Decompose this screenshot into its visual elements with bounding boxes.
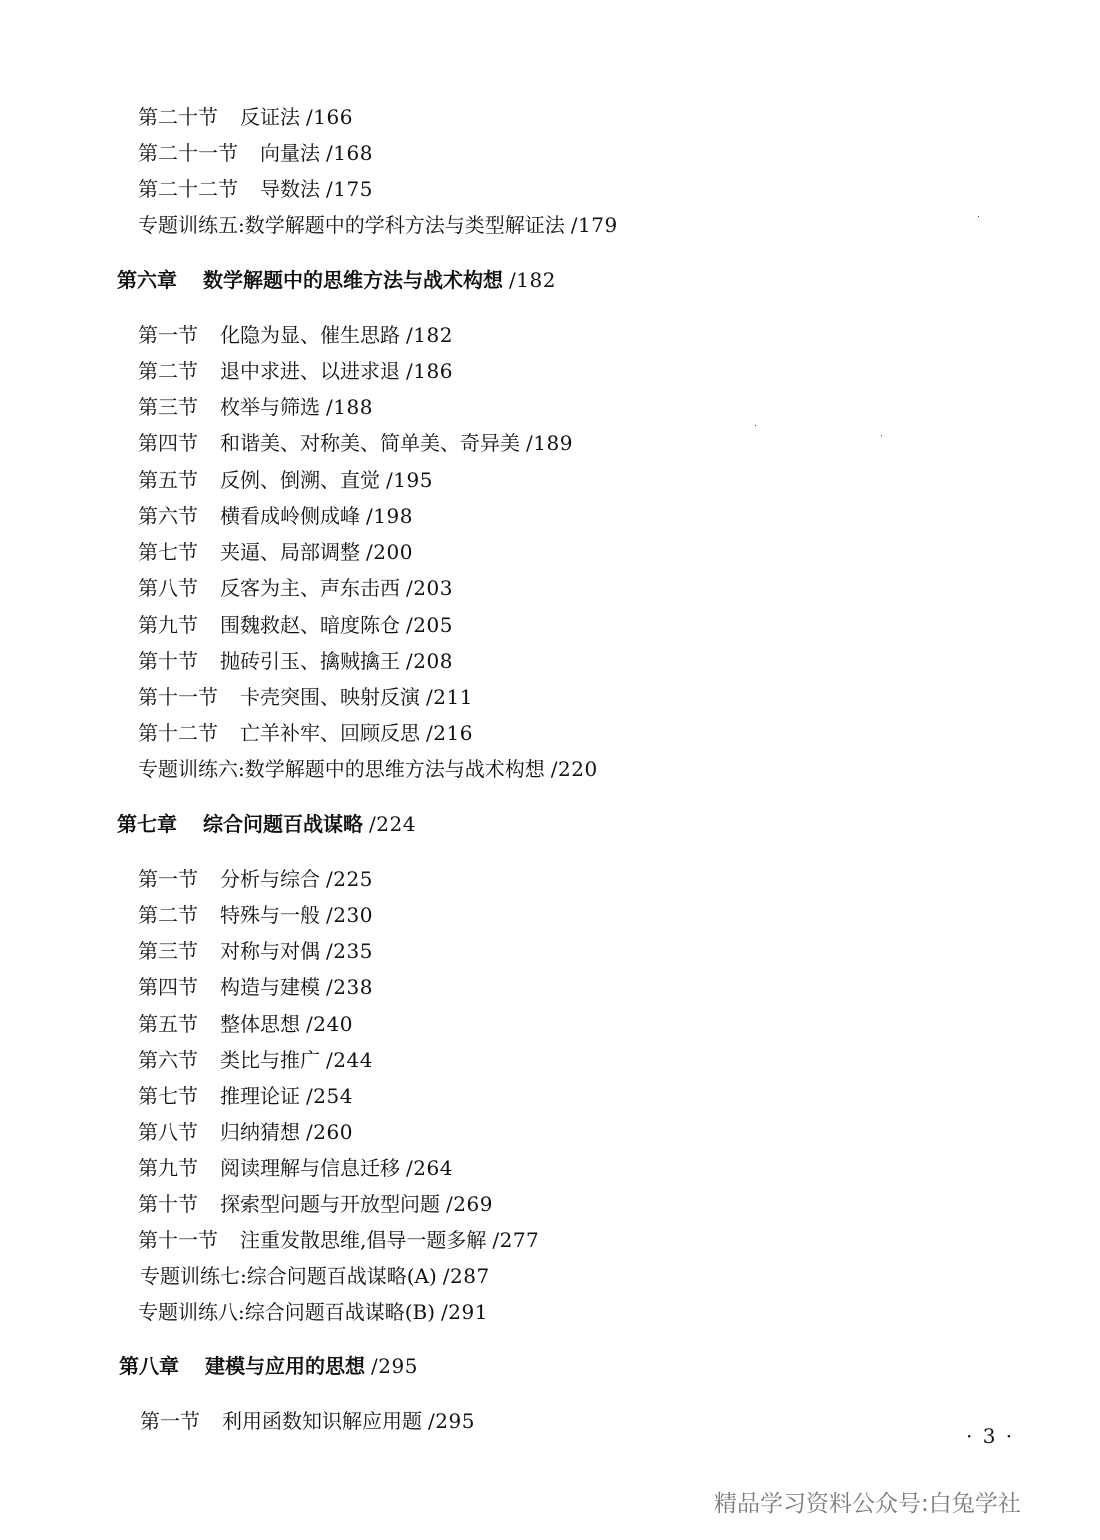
toc-section: 第三节枚举与筛选/188 xyxy=(138,395,373,419)
entry-title: 专题训练六:数学解题中的思维方法与战术构想 xyxy=(138,757,545,781)
section-label: 第四节 xyxy=(138,431,198,455)
entry-title: 探索型问题与开放型问题 xyxy=(220,1192,440,1216)
entry-title: 专题训练七:综合问题百战谋略(A) xyxy=(140,1264,437,1288)
section-label: 第八节 xyxy=(138,1120,198,1144)
page-reference: /240 xyxy=(306,1012,353,1036)
entry-title: 整体思想 xyxy=(220,1012,300,1036)
page-reference: /216 xyxy=(426,721,473,745)
toc-exercise: 专题训练七:综合问题百战谋略(A)/287 xyxy=(140,1264,490,1288)
toc-exercise: 专题训练六:数学解题中的思维方法与战术构想/220 xyxy=(138,757,598,781)
section-label: 第五节 xyxy=(138,468,198,492)
section-label: 第九节 xyxy=(138,1156,198,1180)
entry-title: 建模与应用的思想 xyxy=(205,1354,365,1378)
toc-section: 第一节利用函数知识解应用题/295 xyxy=(140,1409,475,1433)
page-reference: /166 xyxy=(306,105,353,129)
section-label: 第九节 xyxy=(138,613,198,637)
entry-title: 类比与推广 xyxy=(220,1048,320,1072)
scan-speck xyxy=(978,216,979,217)
scan-speck xyxy=(881,435,882,436)
entry-title: 归纳猜想 xyxy=(220,1120,300,1144)
page-reference: /179 xyxy=(571,213,618,237)
entry-title: 围魏救赵、暗度陈仓 xyxy=(220,613,400,637)
toc-section: 第六节横看成岭侧成峰/198 xyxy=(138,504,413,528)
page-reference: /224 xyxy=(369,812,416,836)
page-reference: /182 xyxy=(509,268,556,292)
section-label: 第八节 xyxy=(138,576,198,600)
page-reference: /189 xyxy=(526,431,573,455)
section-label: 第十节 xyxy=(138,649,198,673)
section-label: 第三节 xyxy=(138,939,198,963)
toc-section: 第十一节卡壳突围、映射反演/211 xyxy=(138,685,473,709)
entry-title: 卡壳突围、映射反演 xyxy=(240,685,420,709)
toc-section: 第十节抛砖引玉、擒贼擒王/208 xyxy=(138,649,453,673)
toc-section: 第十二节亡羊补牢、回顾反思/216 xyxy=(138,721,473,745)
section-label: 第七节 xyxy=(138,540,198,564)
chapter-label: 第七章 xyxy=(117,812,177,836)
section-label: 第五节 xyxy=(138,1012,198,1036)
toc-section: 第八节归纳猜想/260 xyxy=(138,1120,353,1144)
page-number: · 3 · xyxy=(966,1424,1014,1448)
entry-title: 横看成岭侧成峰 xyxy=(220,504,360,528)
entry-title: 抛砖引玉、擒贼擒王 xyxy=(220,649,400,673)
page-reference: /208 xyxy=(406,649,453,673)
chapter-label: 第八章 xyxy=(119,1354,179,1378)
page-reference: /238 xyxy=(326,975,373,999)
toc-section: 第五节反例、倒溯、直觉/195 xyxy=(138,468,433,492)
section-label: 第十节 xyxy=(138,1192,198,1216)
section-label: 第一节 xyxy=(140,1409,200,1433)
section-label: 第六节 xyxy=(138,504,198,528)
section-label: 第六节 xyxy=(138,1048,198,1072)
entry-title: 向量法 xyxy=(260,141,320,165)
section-label: 第七节 xyxy=(138,1084,198,1108)
entry-title: 专题训练八:综合问题百战谋略(B) xyxy=(138,1300,435,1324)
entry-title: 和谐美、对称美、简单美、奇异美 xyxy=(220,431,520,455)
section-label: 第三节 xyxy=(138,395,198,419)
toc-exercise: 专题训练八:综合问题百战谋略(B)/291 xyxy=(138,1300,488,1324)
section-label: 第二节 xyxy=(138,903,198,927)
section-label: 第二十二节 xyxy=(138,177,238,201)
entry-title: 导数法 xyxy=(260,177,320,201)
page-reference: /235 xyxy=(326,939,373,963)
page-reference: /188 xyxy=(326,395,373,419)
entry-title: 枚举与筛选 xyxy=(220,395,320,419)
entry-title: 亡羊补牢、回顾反思 xyxy=(240,721,420,745)
toc-section: 第十一节注重发散思维,倡导一题多解/277 xyxy=(138,1228,539,1252)
entry-title: 分析与综合 xyxy=(220,867,320,891)
entry-title: 阅读理解与信息迁移 xyxy=(220,1156,400,1180)
page-reference: /175 xyxy=(326,177,373,201)
entry-title: 利用函数知识解应用题 xyxy=(222,1409,422,1433)
page-reference: /264 xyxy=(406,1156,453,1180)
section-label: 第十一节 xyxy=(138,685,218,709)
section-label: 第十一节 xyxy=(138,1228,218,1252)
section-label: 第四节 xyxy=(138,975,198,999)
entry-title: 对称与对偶 xyxy=(220,939,320,963)
toc-section: 第六节类比与推广/244 xyxy=(138,1048,373,1072)
watermark: 精品学习资料公众号:白兔学社 xyxy=(714,1485,1021,1518)
page-reference: /291 xyxy=(441,1300,488,1324)
toc-section: 第八节反客为主、声东击西/203 xyxy=(138,576,453,600)
page-reference: /220 xyxy=(551,757,598,781)
toc-exercise: 专题训练五:数学解题中的学科方法与类型解证法/179 xyxy=(138,213,618,237)
page-reference: /295 xyxy=(428,1409,475,1433)
entry-title: 化隐为显、催生思路 xyxy=(220,323,400,347)
entry-title: 反证法 xyxy=(240,105,300,129)
toc-section: 第二十节反证法/166 xyxy=(138,105,353,129)
toc-section: 第二节退中求进、以进求退/186 xyxy=(138,359,453,383)
entry-title: 反客为主、声东击西 xyxy=(220,576,400,600)
toc-section: 第二十二节导数法/175 xyxy=(138,177,373,201)
entry-title: 综合问题百战谋略 xyxy=(203,812,363,836)
section-label: 第二十节 xyxy=(138,105,218,129)
page-reference: /225 xyxy=(326,867,373,891)
page-reference: /211 xyxy=(426,685,473,709)
chapter-label: 第六章 xyxy=(117,268,177,292)
toc-section: 第四节和谐美、对称美、简单美、奇异美/189 xyxy=(138,431,573,455)
section-label: 第一节 xyxy=(138,323,198,347)
toc-section: 第七节夹逼、局部调整/200 xyxy=(138,540,413,564)
toc-section: 第三节对称与对偶/235 xyxy=(138,939,373,963)
page-reference: /287 xyxy=(443,1264,490,1288)
toc-chapter: 第八章建模与应用的思想/295 xyxy=(119,1354,418,1378)
page-reference: /195 xyxy=(386,468,433,492)
entry-title: 构造与建模 xyxy=(220,975,320,999)
toc-section: 第四节构造与建模/238 xyxy=(138,975,373,999)
page-reference: /168 xyxy=(326,141,373,165)
toc-chapter: 第六章数学解题中的思维方法与战术构想/182 xyxy=(117,268,556,292)
page-reference: /244 xyxy=(326,1048,373,1072)
page-reference: /277 xyxy=(492,1228,539,1252)
toc-section: 第二十一节向量法/168 xyxy=(138,141,373,165)
entry-title: 特殊与一般 xyxy=(220,903,320,927)
section-label: 第一节 xyxy=(138,867,198,891)
section-label: 第二节 xyxy=(138,359,198,383)
entry-title: 注重发散思维,倡导一题多解 xyxy=(240,1228,486,1252)
page-reference: /254 xyxy=(306,1084,353,1108)
entry-title: 夹逼、局部调整 xyxy=(220,540,360,564)
toc-section: 第十节探索型问题与开放型问题/269 xyxy=(138,1192,493,1216)
toc-section: 第二节特殊与一般/230 xyxy=(138,903,373,927)
toc-section: 第七节推理论证/254 xyxy=(138,1084,353,1108)
page-reference: /198 xyxy=(366,504,413,528)
page-reference: /203 xyxy=(406,576,453,600)
page-reference: /205 xyxy=(406,613,453,637)
toc-section: 第一节分析与综合/225 xyxy=(138,867,373,891)
entry-title: 推理论证 xyxy=(220,1084,300,1108)
page-reference: /230 xyxy=(326,903,373,927)
page-reference: /295 xyxy=(371,1354,418,1378)
scan-speck xyxy=(755,425,756,426)
section-label: 第十二节 xyxy=(138,721,218,745)
page-reference: /260 xyxy=(306,1120,353,1144)
toc-section: 第五节整体思想/240 xyxy=(138,1012,353,1036)
toc-section: 第九节围魏救赵、暗度陈仓/205 xyxy=(138,613,453,637)
entry-title: 反例、倒溯、直觉 xyxy=(220,468,380,492)
toc-section: 第九节阅读理解与信息迁移/264 xyxy=(138,1156,453,1180)
entry-title: 退中求进、以进求退 xyxy=(220,359,400,383)
section-label: 第二十一节 xyxy=(138,141,238,165)
page-reference: /182 xyxy=(406,323,453,347)
entry-title: 数学解题中的思维方法与战术构想 xyxy=(203,268,503,292)
entry-title: 专题训练五:数学解题中的学科方法与类型解证法 xyxy=(138,213,565,237)
toc-section: 第一节化隐为显、催生思路/182 xyxy=(138,323,453,347)
toc-chapter: 第七章综合问题百战谋略/224 xyxy=(117,812,416,836)
page-reference: /269 xyxy=(446,1192,493,1216)
page-reference: /200 xyxy=(366,540,413,564)
page-reference: /186 xyxy=(406,359,453,383)
